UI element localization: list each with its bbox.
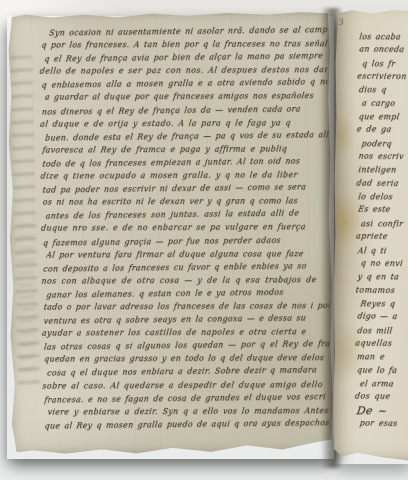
manuscript-line: tomamos <box>355 283 408 299</box>
manuscript-line: y q en ta <box>357 270 408 284</box>
left-page-text-block: Syn ocasion ni ausentamiente ni asolar n… <box>41 24 331 432</box>
manuscript-line: que al Rey q mosen gralla puedo de aqui … <box>44 416 332 433</box>
ink-bleedthrough <box>19 224 34 374</box>
manuscript-line: e de ga <box>356 123 408 139</box>
manuscript-line: Es este <box>357 203 408 219</box>
manuscript-line: an onceda <box>358 43 408 59</box>
manuscript-line: por esas <box>359 417 408 432</box>
manuscript-line: apriete <box>355 230 408 246</box>
manuscript-line: digo — a <box>356 310 408 326</box>
manuscript-line: man e <box>356 350 408 364</box>
manuscript-line: dos que <box>354 390 408 406</box>
manuscript-page-right: 3 los acaba an onceda q los fr escrivier… <box>332 9 408 462</box>
manuscript-photo: Syn ocasion ni ausentamiente ni asolar n… <box>0 0 408 480</box>
folio-number: 3 <box>338 18 344 28</box>
manuscript-page-left: Syn ocasion ni ausentamiente ni asolar n… <box>7 12 334 456</box>
right-page-text-block: los acaba an onceda q los fr escrivieron… <box>357 30 408 432</box>
